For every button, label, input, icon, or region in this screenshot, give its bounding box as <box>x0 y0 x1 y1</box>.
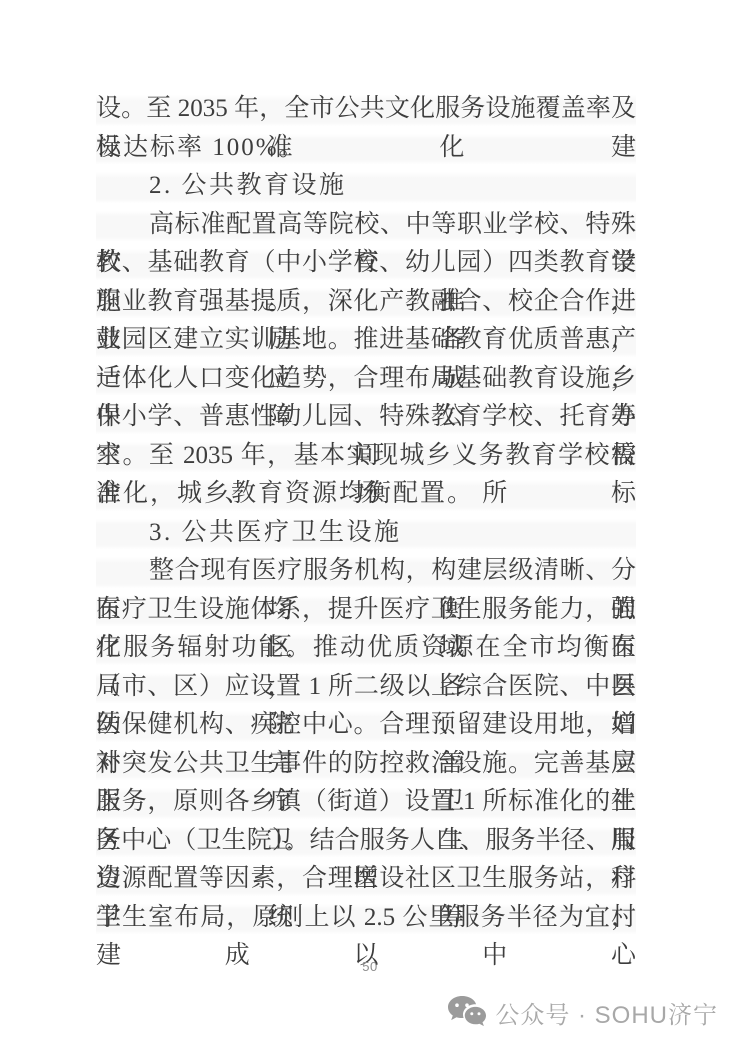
document-body: 设。至 2035 年，全市公共文化服务设施覆盖率及标准化建 设达标率 100%。… <box>96 90 636 937</box>
body-line: 整合现有医疗服务机构，构建层级清晰、分布均衡的 <box>96 552 636 591</box>
body-line: 职业教育强基提质，深化产教融合、校企合作，鼓励各产 <box>96 283 636 322</box>
document-page: 设。至 2035 年，全市公共文化服务设施覆盖率及标准化建 设达标率 100%。… <box>0 0 740 1047</box>
body-line: 资源配置等因素，合理增设社区卫生服务站，科学统筹村 <box>96 860 636 899</box>
wechat-icon <box>446 994 488 1030</box>
body-line: 务中心（卫生院）。结合服务人口、服务半径、周边医疗 <box>96 822 636 861</box>
body-line: 一体化人口变化趋势，合理布局基础教育设施，保障公办 <box>96 360 636 399</box>
watermark-label: 公众号 · SOHU济宁 <box>495 995 718 1030</box>
body-line: 业园区建立实训基地。推进基础教育优质普惠，适应城乡 <box>96 321 636 360</box>
body-line: 高标准配置高等院校、中等职业学校、特殊教育学 <box>96 206 636 245</box>
body-line: （市、区）应设置 1 所二级以上综合医院、中医医院、妇 <box>96 668 636 707</box>
body-line: 疗服务辐射功能。推动优质资源在全市均衡布局，各县 <box>96 629 636 668</box>
watermark: 公众号 · SOHU济宁 <box>446 994 718 1030</box>
body-line: 服务，原则各乡镇（街道）设置 1 所标准化的社区卫生服 <box>96 783 636 822</box>
page-number: 50 <box>0 959 740 974</box>
body-line: 卫生室布局，原则上以 2.5 公里服务半径为宜，建成以中心 <box>96 899 636 938</box>
section-heading: 2. 公共教育设施 <box>96 167 636 206</box>
body-line: 设。至 2035 年，全市公共文化服务设施覆盖率及标准化建 <box>96 90 636 129</box>
body-line: 校、基础教育（中小学校、幼儿园）四类教育设施。推进 <box>96 244 636 283</box>
section-heading: 3. 公共医疗卫生设施 <box>96 514 636 553</box>
body-line: 医疗卫生设施体系，提升医疗卫生服务能力，强化区域医 <box>96 591 636 630</box>
body-line: 求。至 2035 年，基本实现城乡义务教育学校校舍、场所标 <box>96 437 636 476</box>
body-line: 对突发公共卫生事件的防控救治设施。完善基层医疗卫生 <box>96 745 636 784</box>
body-line: 中小学、普惠性幼儿园、特殊教育学校、托育等空间需 <box>96 398 636 437</box>
body-line: 幼保健机构、疾控中心。合理预留建设用地，增补完善应 <box>96 706 636 745</box>
